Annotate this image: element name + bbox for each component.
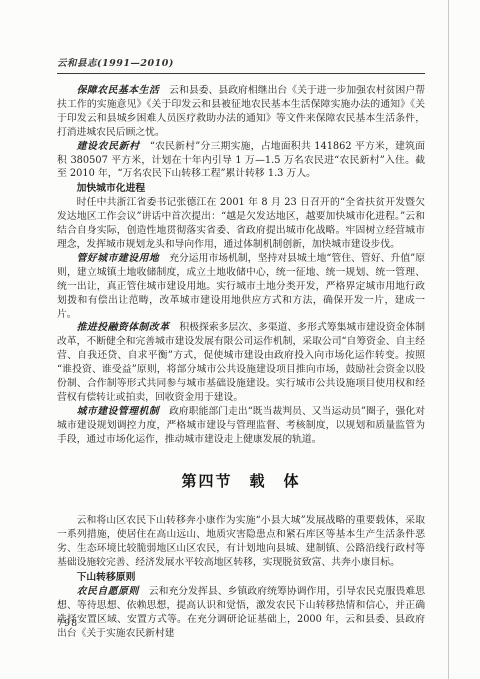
paragraph: 农民自愿原则 云和充分发挥县、乡镇政府统筹协调作用，引导农民克服畏难思想、等待思… [57,585,425,641]
paragraph-lead: 推进投融资体制改革 [77,322,170,333]
paragraph-lead: 建设农民新村 [77,141,140,152]
paragraph: 云和将山区农民下山转移奔小康作为实施“小县大城”发展战略的重要载体，采取一系列措… [57,514,425,570]
paragraph-lead: 农民自愿原则 [77,586,139,597]
paragraph: 管好城市建设用地 充分运用市场机制，坚持对县城土地“管住、管好、升值”原则，建立… [57,252,425,322]
scanned-book-page: 云和县志(1991—2010) 保障农民基本生活 云和县委、县政府相继出台《关于… [0,0,480,679]
paragraph-lead: 保障农民基本生活 [77,85,160,96]
paragraph: 城市建设管理机制 政府职能部门走出“既当裁判员、又当运动员”圈子，强化对城市建设… [57,405,425,447]
section-heading: 第四节 载 体 [57,475,425,489]
paragraph-lead: 城市建设管理机制 [77,406,160,417]
paragraph: 时任中共浙江省委书记张德江在 2001 年 8 月 23 日召开的“全省扶贫开发… [57,196,425,252]
running-head: 云和县志(1991—2010) [57,55,425,69]
subheading: 下山转移原则 [57,571,425,585]
paragraph-lead: 管好城市建设用地 [77,253,160,264]
page-body: 保障农民基本生活 云和县委、县政府相继出台《关于进一步加强农村贫困户帮扶工作的实… [57,84,425,641]
paragraph: 推进投融资体制改革 积极探索多层次、多渠道、多形式筹集城市建设资金体制改革，不断… [57,321,425,404]
paragraph: 建设农民新村 “农民新村”分三期实施，占地面积共 141862 平方米，建筑面积… [57,140,425,182]
subheading: 加快城市化进程 [57,182,425,196]
paragraph: 保障农民基本生活 云和县委、县政府相继出台《关于进一步加强农村贫困户帮扶工作的实… [57,84,425,140]
page-number: 798 [57,618,78,629]
page-edge-line [448,0,449,679]
header-rule [57,73,425,74]
